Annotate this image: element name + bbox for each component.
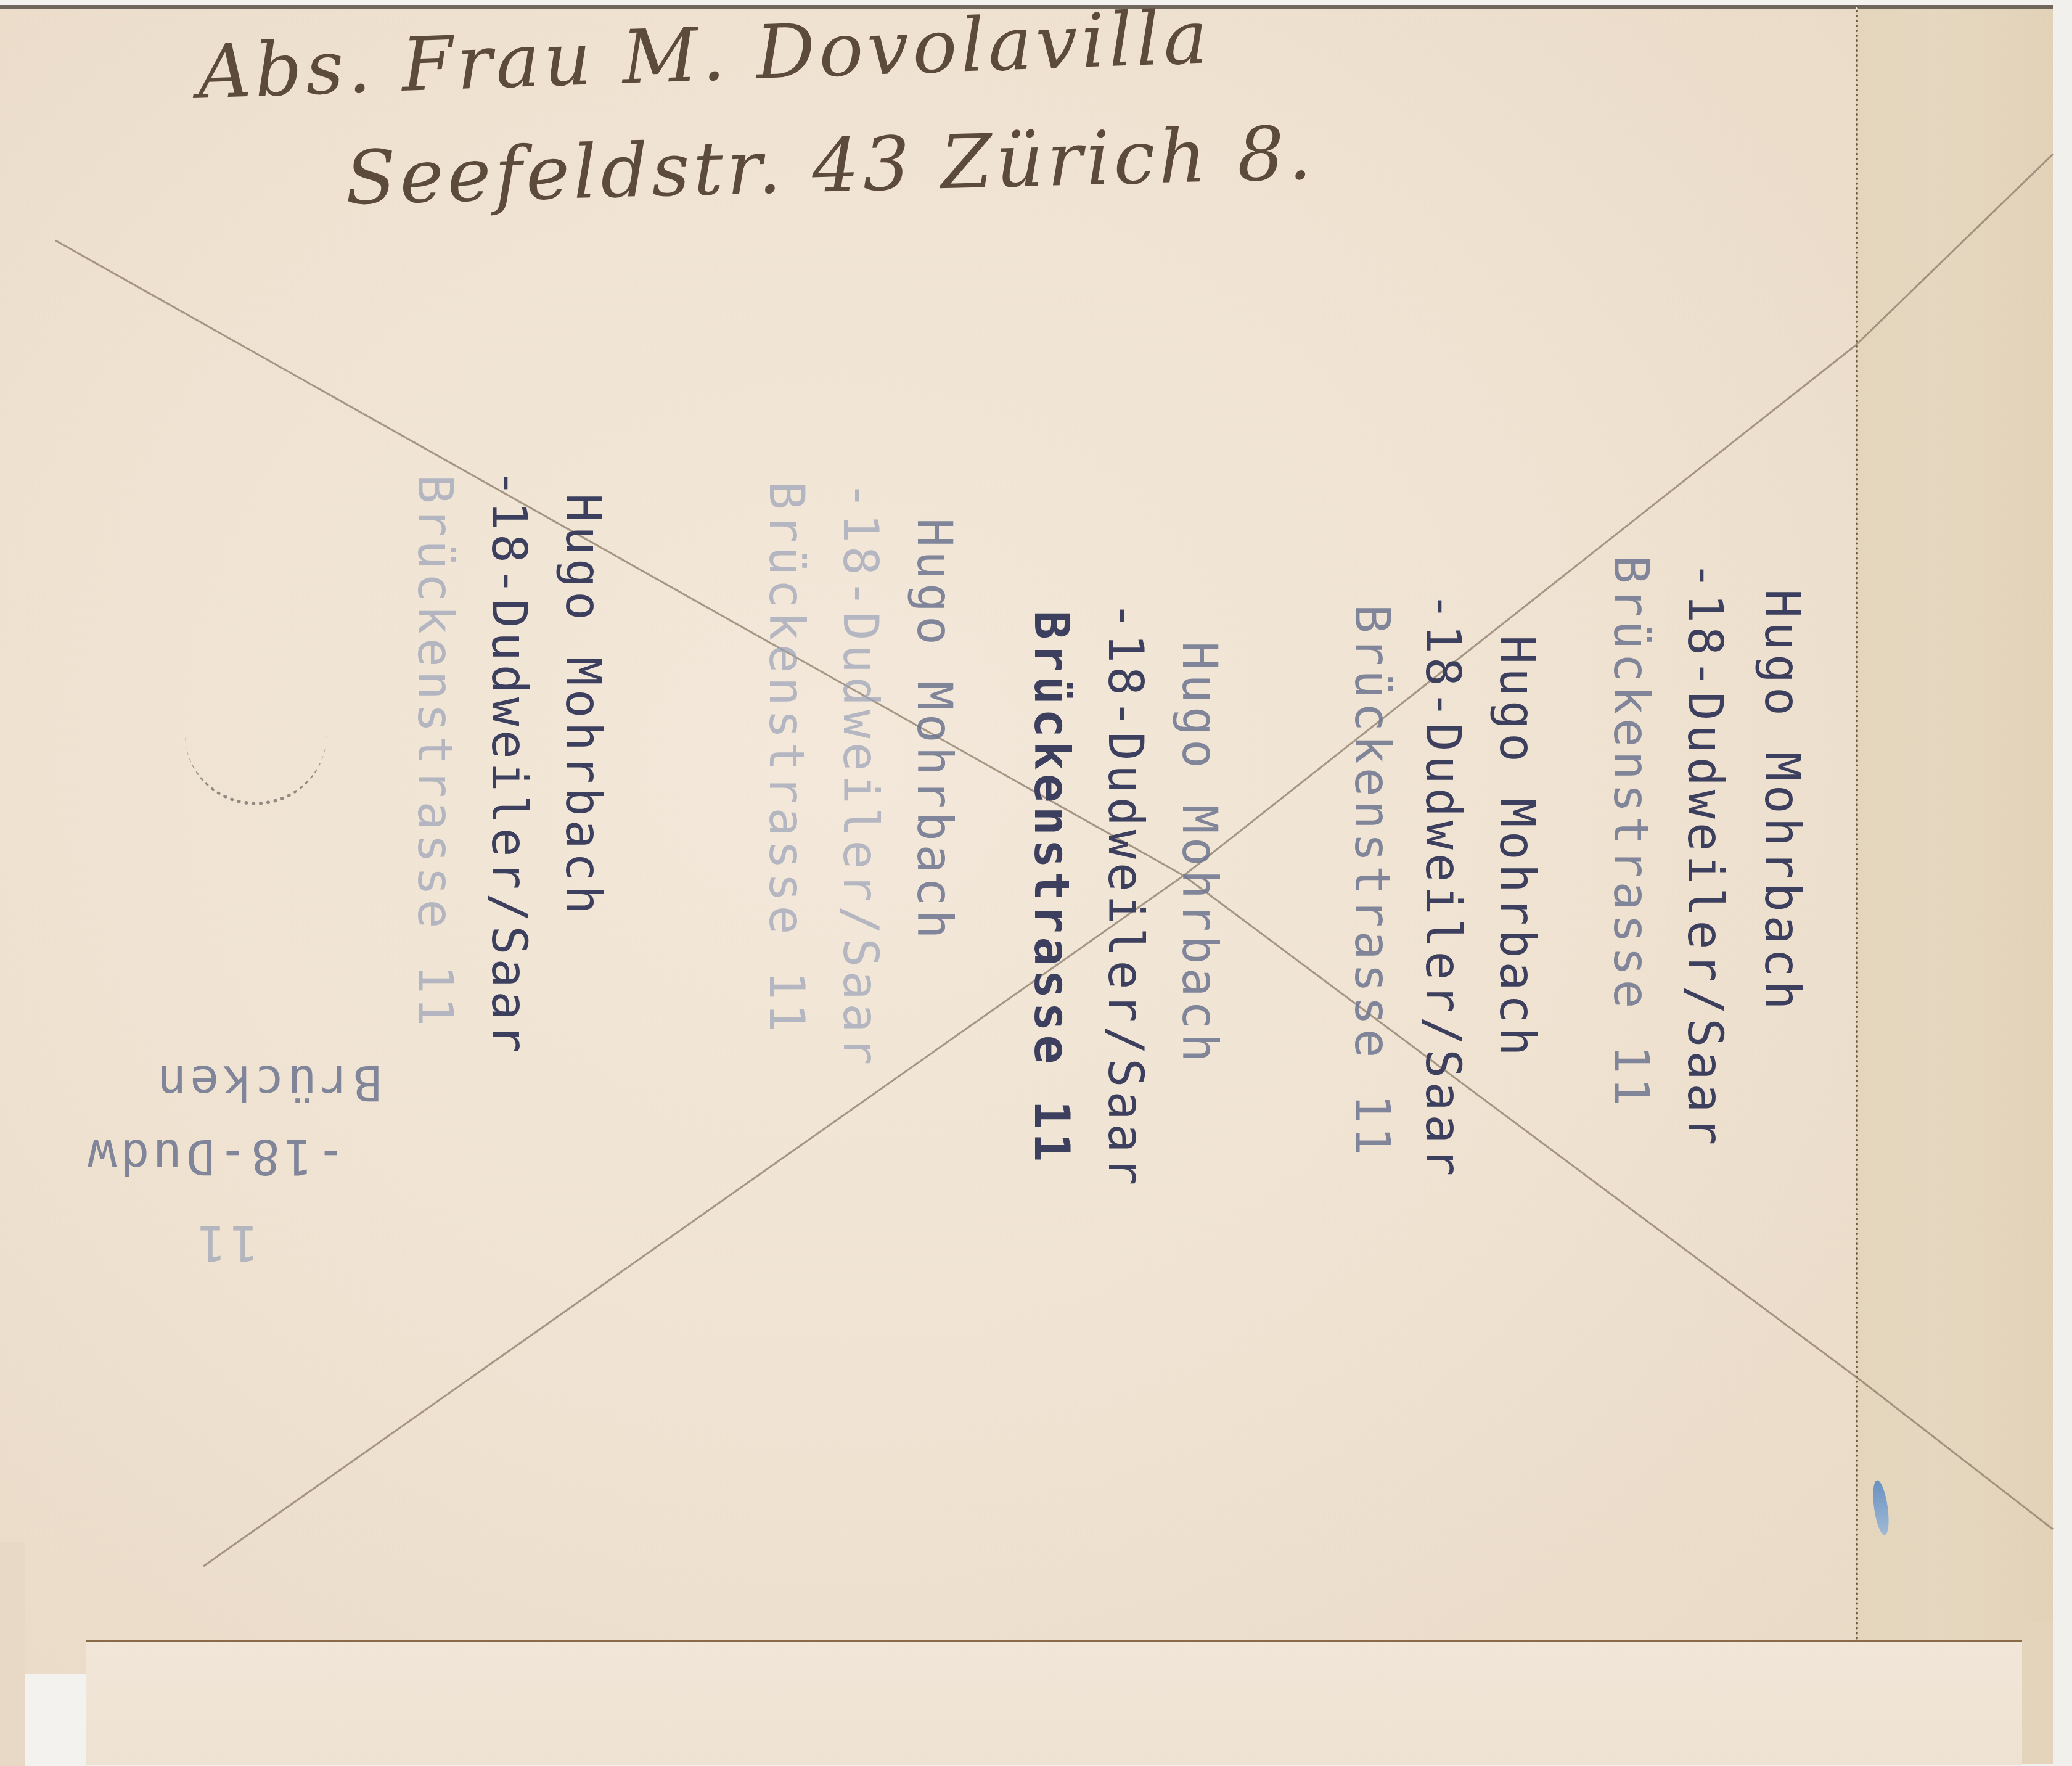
stamp-line-street: Brückenstrasse 11 — [758, 481, 814, 1036]
left-edge — [0, 1542, 25, 1766]
stamp-line-city: -18-Dudweiler/Saar — [1097, 601, 1153, 1189]
stamp-line-city: -18-Dudweiler/Saar — [481, 469, 536, 1056]
stamp-line-city: -18-Dudweiler/Saar — [1415, 592, 1470, 1180]
stamp-line-city: -18-Dudweiler/Saar — [832, 481, 888, 1069]
inverted-stamp-line1: Brücken — [154, 1054, 382, 1110]
inverted-stamp-line2: -18-Dudw — [84, 1128, 345, 1184]
stamp-line-city: -18-Dudweiler/Saar — [1677, 561, 1732, 1149]
stamp-line-name: Hugo Mohrbach — [906, 518, 962, 942]
stamp-line-street: Brückenstrasse 11 — [407, 475, 462, 1030]
stamp-line-street: Brückenstrasse 11 — [1344, 604, 1399, 1159]
envelope-back: Abs. Frau M. Dovolavilla Seefeldstr. 43 … — [0, 0, 2072, 1766]
stamp-line-name: Hugo Mohrbach — [1489, 635, 1544, 1059]
stamp-line-name: Hugo Mohrbach — [555, 493, 610, 918]
stamp-line-name: Hugo Mohrbach — [1171, 641, 1227, 1066]
bottom-strip-corner — [2022, 1622, 2053, 1764]
bottom-censor-strip — [86, 1640, 2022, 1765]
inverted-stamp-line3: 11 — [194, 1215, 259, 1270]
stamp-line-street: Brückenstrasse 11 — [1603, 555, 1658, 1110]
stamp-line-name: Hugo Mohrbach — [1754, 589, 1809, 1013]
stamp-line-street: Brückenstrasse 11 — [1023, 610, 1079, 1165]
